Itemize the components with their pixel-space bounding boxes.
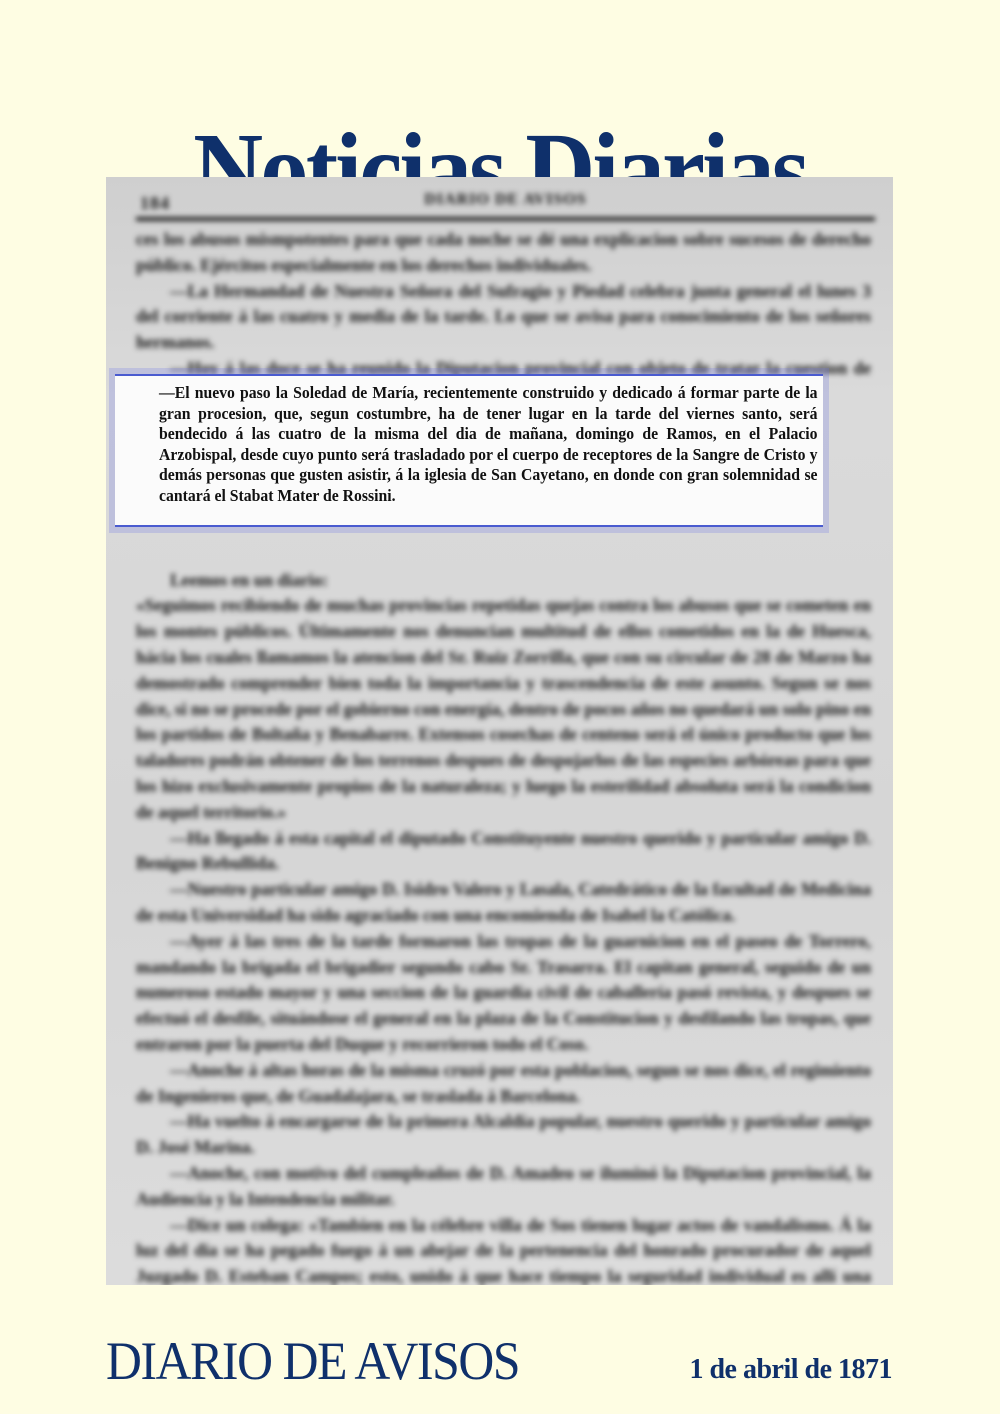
scan-paragraph: —Ha vuelto á encargarse de la primera Al…: [136, 1109, 871, 1161]
highlighted-article: —El nuevo paso la Soledad de María, reci…: [115, 374, 823, 527]
scan-paragraph: —Ha llegado á esta capital el diputado C…: [136, 826, 871, 878]
scan-paragraph: —La Hermandad de Nuestra Señora del Sufr…: [136, 279, 871, 356]
scan-page-number: 184: [140, 193, 170, 214]
scan-paragraph: «Seguimos recibiendo de muchas provincia…: [136, 593, 871, 825]
highlighted-article-text: —El nuevo paso la Soledad de María, reci…: [159, 383, 818, 506]
scan-paragraph: ces los abusos mismpotentes para que cad…: [136, 227, 871, 279]
scan-header-title: DIARIO DE AVISOS: [424, 191, 586, 208]
scan-paragraph: —Anoche á altas horas de la misma cruzó …: [136, 1058, 871, 1110]
newspaper-page-scan: 184 DIARIO DE AVISOS ces los abusos mism…: [106, 177, 893, 1285]
scan-paragraph: —Ayer á las tres de la tarde formaron la…: [136, 929, 871, 1058]
issue-date: 1 de abril de 1871: [689, 1356, 892, 1384]
scan-paragraph: —Dice un colega: «Tambien en la célebre …: [136, 1213, 871, 1286]
scan-page-header: 184 DIARIO DE AVISOS: [136, 191, 875, 221]
scan-paragraph: —Anoche, con motivo del cumpleaños de D.…: [136, 1161, 871, 1213]
newspaper-name: DIARIO DE AVISOS: [106, 1334, 519, 1388]
scan-paragraph: Leemos en un diario:: [136, 568, 871, 594]
scan-paragraph: —Nuestro particular amigo D. Isidro Vale…: [136, 877, 871, 929]
blurred-page-content: 184 DIARIO DE AVISOS ces los abusos mism…: [106, 177, 893, 1285]
